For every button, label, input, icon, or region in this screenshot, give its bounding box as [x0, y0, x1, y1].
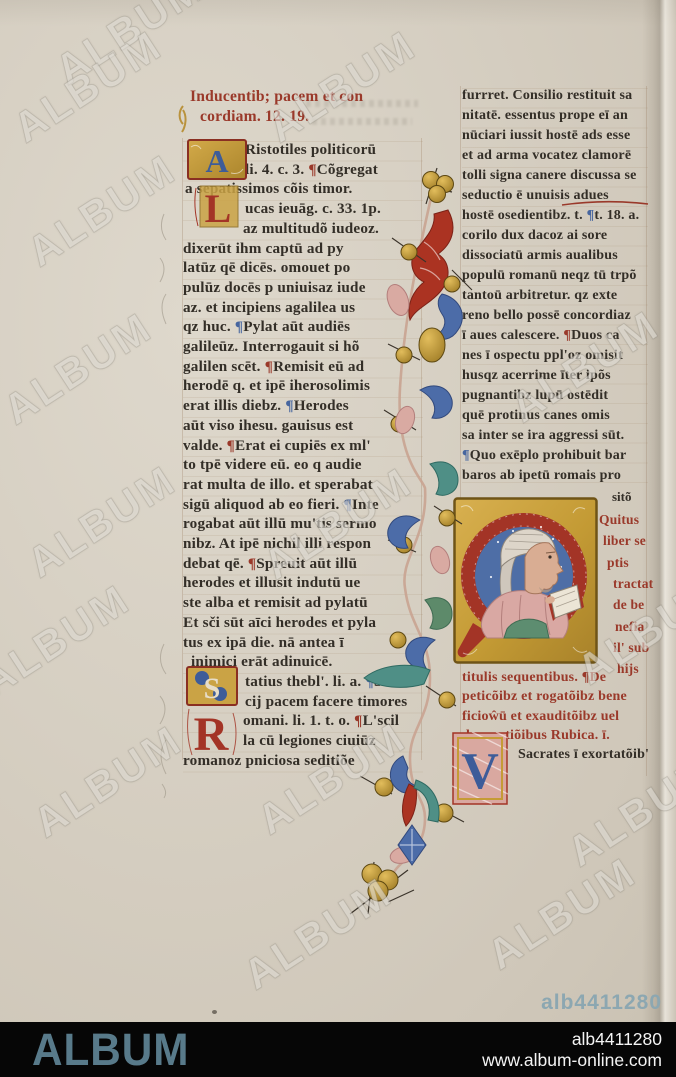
manuscript-text-line: et ad arma vocatez clamorē: [462, 148, 631, 164]
image-id-overlay: alb4411280: [541, 991, 662, 1015]
gold-trefoil-icon: [350, 862, 414, 914]
manuscript-text-line: quē protinus canes omis: [462, 408, 610, 424]
gold-paraph-flourish: [176, 104, 190, 134]
album-watermark: ALBUM: [5, 21, 171, 152]
manuscript-text-line: corilo dux dacoz ai sore: [462, 228, 607, 244]
manuscript-text-line: Quitus: [599, 512, 639, 528]
manuscript-text-line: tractat: [613, 576, 653, 592]
credit-image-id: alb4411280: [482, 1029, 662, 1050]
manuscript-text-line: Ristotiles politicorū: [245, 141, 376, 159]
manuscript-text-line: Sacrates ī exortatõib': [518, 747, 649, 763]
foliate-border: [330, 158, 480, 918]
manuscript-text-line: liber se: [603, 533, 646, 549]
initial-R-penwork: R: [183, 705, 241, 759]
manuscript-text-line: hijs: [617, 661, 639, 677]
agency-bar: ALBUM alb4411280 www.album-online.com: [0, 1022, 676, 1077]
manuscript-text-line: hostē osedientibz. t. ¶t. 18. a.: [462, 208, 639, 224]
manuscript-text-line: qz huc. ¶Pylat aūt audiēs: [183, 318, 350, 336]
manuscript-text-line: peticõibz et rogatõibz bene: [462, 689, 627, 705]
manuscript-text-line: erat illis diebz. ¶Herodes: [183, 397, 349, 415]
manuscript-text-line: nefia: [615, 619, 645, 635]
marginalia: [150, 640, 178, 800]
initial-L-panel: L: [192, 182, 242, 231]
manuscript-text-line: husqz acerrime īter ipõs: [462, 368, 611, 384]
manuscript-text-line: sa inter se ira aggressi sūt.: [462, 428, 624, 444]
manuscript-text-line: aūt viso ihesu. gauisus est: [183, 417, 353, 435]
stock-photo-manuscript-page: Inducentib; pacem et concordiam. 12. 19.…: [0, 0, 676, 1077]
pilcrow-mark: ¶: [248, 555, 256, 572]
pilcrow-mark: ¶: [582, 670, 590, 685]
manuscript-text-line: ficioŵū et exauditõibz uel: [462, 709, 619, 725]
manuscript-text-line: reno bello possē concordiaz: [462, 308, 631, 324]
marginalia: [152, 210, 178, 330]
initial-letter-L: L: [205, 186, 232, 231]
pilcrow-mark: ¶: [563, 328, 571, 343]
manuscript-text-line: baros ab ipetū romais pro: [462, 468, 621, 484]
manuscript-text-line: il' sub: [613, 640, 649, 656]
manuscript-text-line: nūciari iussit hostē ads esse: [462, 128, 630, 144]
manuscript-text-line: Inducentib; pacem et con: [190, 88, 363, 106]
album-logo: ALBUM: [32, 1024, 189, 1076]
manuscript-text-line: tantoū arbitretur. qz exte: [462, 288, 617, 304]
initial-letter-R: R: [194, 708, 230, 759]
pilcrow-mark: ¶: [285, 397, 293, 414]
parchment-speck: [212, 1010, 217, 1014]
album-watermark: ALBUM: [259, 21, 425, 152]
gold-trefoil-icon: [423, 168, 454, 204]
album-watermark: ALBUM: [0, 303, 161, 434]
manuscript-text-line: dixerūt ihm captū ad py: [183, 240, 344, 258]
catchword: sitõ: [612, 489, 632, 505]
pilcrow-mark: ¶: [265, 358, 273, 375]
manuscript-text-line: ¶Quo exēplo prohibuit bar: [462, 448, 626, 464]
manuscript-text-line: pugnantibz lupū ostēdit: [462, 388, 608, 404]
manuscript-text-line: furrret. Consilio restituit sa: [462, 88, 632, 104]
initial-letter-A: A: [205, 143, 228, 179]
page-top-shadow: [0, 0, 676, 26]
pilcrow-mark: ¶: [587, 208, 595, 223]
credit-website: www.album-online.com: [482, 1050, 662, 1071]
album-watermark: ALBUM: [19, 456, 185, 587]
album-watermark: ALBUM: [0, 575, 139, 706]
pilcrow-mark: ¶: [308, 161, 316, 178]
manuscript-text-line: ptis: [607, 555, 629, 571]
marginal-rubric: Quitusliber septistractatde benefiail' s…: [599, 512, 669, 684]
red-underline-mark: [560, 198, 650, 208]
manuscript-text-line: populū romanū neqz tū trpõ: [462, 268, 637, 284]
manuscript-text-line: latūz qē dicēs. omouet po: [183, 259, 350, 277]
initial-S-panel: S: [186, 666, 238, 706]
manuscript-text-line: nes ī ospectu ppl'oz omisit: [462, 348, 623, 364]
initial-A-panel: A: [187, 139, 247, 180]
manuscript-text-line: titulis sequentibus. ¶De: [462, 670, 606, 686]
album-watermark: ALBUM: [479, 848, 645, 979]
manuscript-text-line: nitatē. essentus prope eī an: [462, 108, 628, 124]
manuscript-text-line: cordiam. 12. 19.: [200, 108, 309, 126]
manuscript-text-line: ī aues calescere. ¶Duos ca: [462, 328, 620, 344]
initial-letter-S: S: [204, 672, 221, 705]
header-rubric: Inducentib; pacem et concordiam. 12. 19.: [190, 88, 430, 132]
manuscript-text-line: tus ex ipā die. nā antea ī: [183, 634, 344, 652]
right-text-column: furrret. Consilio restituit sanitatē. es…: [462, 88, 648, 490]
pilcrow-mark: ¶: [227, 437, 235, 454]
manuscript-text-line: de be: [613, 597, 644, 613]
manuscript-text-line: tolli signa canere discussa se: [462, 168, 637, 184]
manuscript-text-line: dissociatū armis aualibus: [462, 248, 618, 264]
credit-block: alb4411280 www.album-online.com: [482, 1029, 662, 1071]
pilcrow-mark: ¶: [235, 318, 243, 335]
